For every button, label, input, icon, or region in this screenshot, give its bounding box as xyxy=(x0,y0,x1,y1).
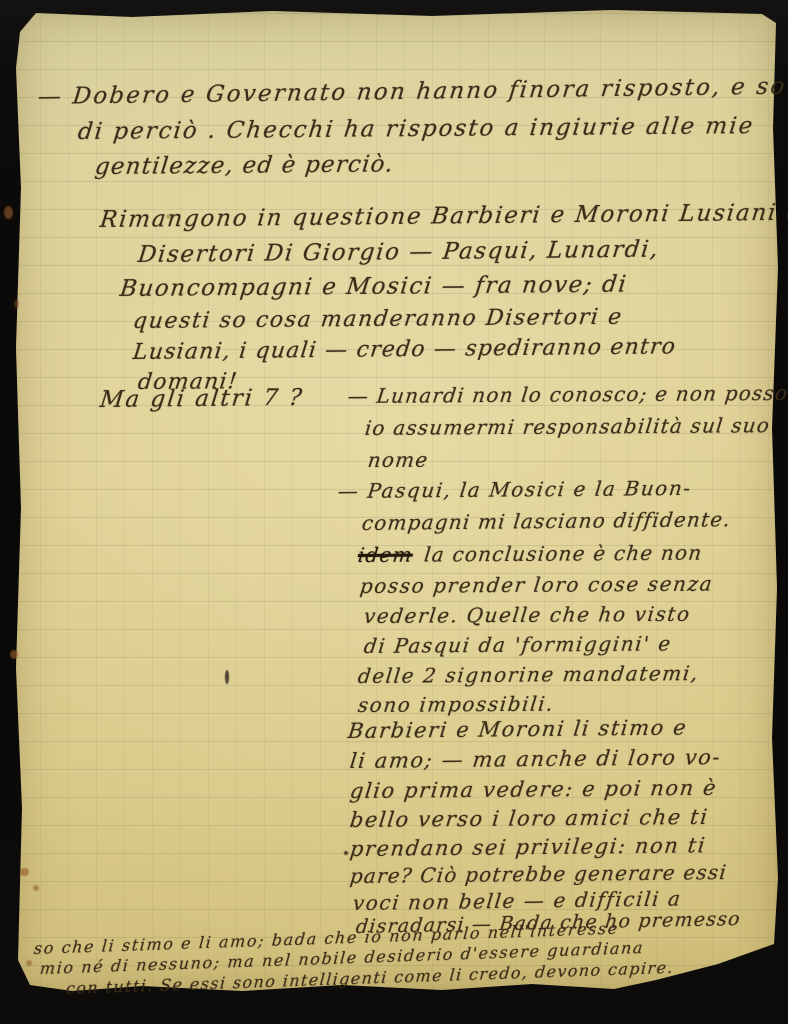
struck-word: idem xyxy=(357,543,415,567)
paper-stain xyxy=(20,868,29,876)
paper-stain xyxy=(225,670,229,684)
handwritten-line: idem la conclusione è che non xyxy=(357,541,704,567)
paper-stain xyxy=(14,300,19,308)
handwritten-line: compagni mi lasciano diffidente. xyxy=(361,507,733,535)
handwritten-line: sono impossibili. xyxy=(357,692,556,717)
handwritten-line: Barbieri e Moroni li stimo e xyxy=(347,715,689,743)
paper-stain xyxy=(344,851,348,855)
handwritten-line: — Pasqui, la Mosici e la Buon- xyxy=(337,476,694,503)
handwritten-line: li amo; — ma anche di loro vo- xyxy=(349,745,723,773)
photo-background: — Dobero e Governato non hanno finora ri… xyxy=(0,0,788,1024)
handwritten-line: Buoncompagni e Mosici — fra nove; di xyxy=(119,272,629,302)
handwritten-line: Ma gli altri 7 ? xyxy=(99,385,305,413)
handwritten-line: delle 2 signorine mandatemi, xyxy=(357,661,701,688)
paper-stain xyxy=(4,206,13,219)
handwritten-line: pare? Ciò potrebbe generare essi xyxy=(349,860,729,888)
paper-stain xyxy=(33,885,39,891)
paper-stain xyxy=(26,960,32,966)
handwritten-line: di Pasqui da 'formiggini' e xyxy=(363,631,674,658)
handwritten-line: questi so cosa manderanno Disertori e xyxy=(132,305,625,334)
handwritten-line: Disertori Di Giorgio — Pasqui, Lunardi, xyxy=(137,237,661,268)
handwritten-line: io assumermi responsabilità sul suo xyxy=(364,413,772,440)
handwritten-line: vederle. Quelle che ho visto xyxy=(363,602,693,628)
handwritten-line: gentilezze, ed è perciò. xyxy=(94,151,396,180)
handwritten-line: nome xyxy=(367,448,430,472)
handwritten-line: prendano sei privilegi: non ti xyxy=(349,833,708,861)
handwritten-line: bello verso i loro amici che ti xyxy=(349,805,710,832)
handwritten-line: glio prima vedere: e poi non è xyxy=(349,776,719,803)
handwritten-line: posso prender loro cose senza xyxy=(359,572,715,598)
handwritten-line: — Lunardi non lo conosco; e non posso xyxy=(347,381,788,408)
paper-stain xyxy=(10,650,18,659)
